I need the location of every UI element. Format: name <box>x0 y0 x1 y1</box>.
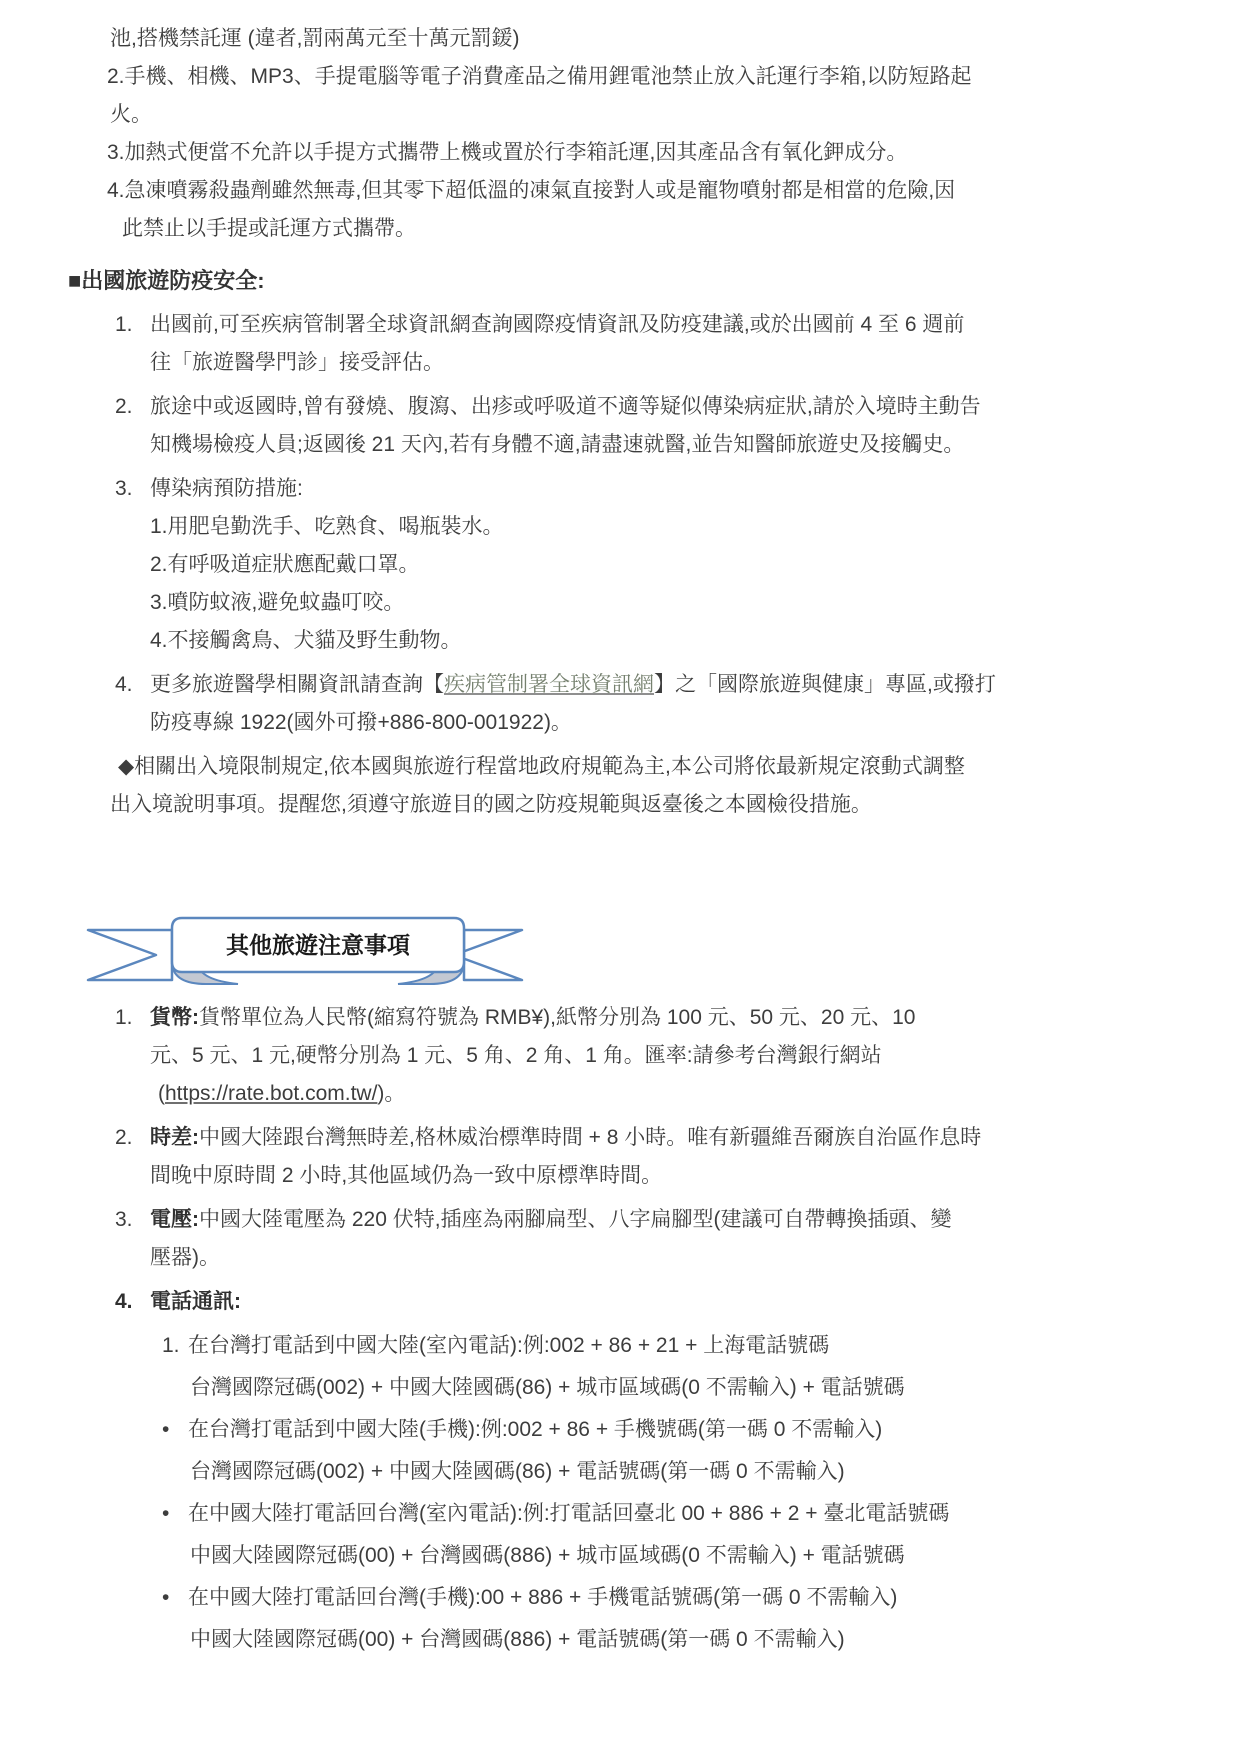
bullet-icon: • <box>162 1493 169 1535</box>
list-item-text-body: 中國大陸跟台灣無時差,格林威治標準時間 + 8 小時。唯有新疆維吾爾族自治區作息… <box>199 1126 981 1149</box>
list-item-text: 電話通訊: <box>150 1283 1241 1321</box>
list-item-text: 更多旅遊醫學相關資訊請查詢【疾病管制署全球資訊網】之「國際旅遊與健康」專區,或撥… <box>150 666 1241 704</box>
cdc-website-link[interactable]: 疾病管制署全球資訊網 <box>444 673 654 696</box>
phone-sub-text: 台灣國際冠碼(002) + 中國大陸國碼(86) + 電話號碼(第一碼 0 不需… <box>190 1451 1241 1493</box>
list-item-text: 傳染病預防措施: <box>150 470 1241 508</box>
list-item-number: 2. <box>115 388 133 426</box>
section-banner: 其他旅遊注意事項 <box>86 886 526 991</box>
list-item-text-pre: 更多旅遊醫學相關資訊請查詢【 <box>150 673 444 696</box>
border-restriction-note: 出入境說明事項。提醒您,須遵守旅遊目的國之防疫規範與返臺後之本國檢役措施。 <box>110 786 1241 824</box>
phone-sub-text: 在中國大陸打電話回台灣(手機):00 + 886 + 手機電話號碼(第一碼 0 … <box>188 1577 1241 1619</box>
list-item: 4. 更多旅遊醫學相關資訊請查詢【疾病管制署全球資訊網】之「國際旅遊與健康」專區… <box>0 666 1241 742</box>
list-item-text-post: 】之「國際旅遊與健康」專區,或撥打 <box>654 673 996 696</box>
list-item-text: (https://rate.bot.com.tw/)。 <box>158 1075 1241 1113</box>
list-item: 3. 電壓:中國大陸電壓為 220 伏特,插座為兩腳扁型、八字扁腳型(建議可自帶… <box>0 1201 1241 1277</box>
list-item-number: 1. <box>115 306 133 344</box>
list-item-text: 防疫專線 1922(國外可撥+886-800-001922)。 <box>150 704 1241 742</box>
list-item-number: 3. <box>115 470 133 508</box>
bullet-icon: • <box>162 1577 169 1619</box>
bank-rate-url-link[interactable]: https://rate.bot.com.tw/ <box>165 1082 377 1105</box>
list-item-lead: 貨幣: <box>150 1006 199 1029</box>
sub-measure-line: 1.用肥皂勤洗手、吃熟食、喝瓶裝水。 <box>150 508 1241 546</box>
list-item-text: 間晚中原時間 2 小時,其他區域仍為一致中原標準時間。 <box>150 1157 1241 1195</box>
bullet-icon: • <box>162 1409 169 1451</box>
baggage-note-line: 4.急凍噴霧殺蟲劑雖然無毒,但其零下超低溫的凍氣直接對人或是寵物噴射都是相當的危… <box>107 172 1241 210</box>
section-heading-epidemic-safety: ■出國旅遊防疫安全: <box>68 262 1241 300</box>
document-page: 池,搭機禁託運 (違者,罰兩萬元至十萬元罰鍰) 2.手機、相機、MP3、手提電腦… <box>0 0 1241 1755</box>
baggage-note-line: 火。 <box>110 96 1241 134</box>
phone-sub-item: • 在中國大陸打電話回台灣(手機):00 + 886 + 手機電話號碼(第一碼 … <box>0 1577 1241 1661</box>
list-item-text-body: 貨幣單位為人民幣(縮寫符號為 RMB¥),紙幣分別為 100 元、50 元、20… <box>199 1006 915 1029</box>
border-restriction-note: ◆相關出入境限制規定,依本國與旅遊行程當地政府規範為主,本公司將依最新規定滾動式… <box>118 748 1241 786</box>
list-item-number: 1. <box>115 999 133 1037</box>
phone-sub-text: 在台灣打電話到中國大陸(室內電話):例:002 + 86 + 21 + 上海電話… <box>188 1325 1241 1367</box>
list-item-text: 往「旅遊醫學門診」接受評估。 <box>150 344 1241 382</box>
list-item-number: 3. <box>115 1201 133 1239</box>
list-item: 2. 時差:中國大陸跟台灣無時差,格林威治標準時間 + 8 小時。唯有新疆維吾爾… <box>0 1119 1241 1195</box>
phone-sub-item: 1. 在台灣打電話到中國大陸(室內電話):例:002 + 86 + 21 + 上… <box>0 1325 1241 1409</box>
phone-sub-marker: 1. <box>162 1325 180 1367</box>
list-item-lead: 電話通訊: <box>150 1290 241 1313</box>
list-item-text: 元、5 元、1 元,硬幣分別為 1 元、5 角、2 角、1 角。匯率:請參考台灣… <box>150 1037 1241 1075</box>
paren-open: ( <box>158 1082 165 1105</box>
list-item-number: 2. <box>115 1119 133 1157</box>
phone-sub-text: 在中國大陸打電話回台灣(室內電話):例:打電話回臺北 00 + 886 + 2 … <box>188 1493 1241 1535</box>
phone-sub-text: 在台灣打電話到中國大陸(手機):例:002 + 86 + 手機號碼(第一碼 0 … <box>188 1409 1241 1451</box>
list-item-text: 知機場檢疫人員;返國後 21 天內,若有身體不適,請盡速就醫,並告知醫師旅遊史及… <box>150 426 1241 464</box>
list-item-text: 旅途中或返國時,曾有發燒、腹瀉、出疹或呼吸道不適等疑似傳染病症狀,請於入境時主動… <box>150 388 1241 426</box>
list-item: 3. 傳染病預防措施: <box>0 470 1241 508</box>
list-item: 2. 旅途中或返國時,曾有發燒、腹瀉、出疹或呼吸道不適等疑似傳染病症狀,請於入境… <box>0 388 1241 464</box>
list-item-text-body: 中國大陸電壓為 220 伏特,插座為兩腳扁型、八字扁腳型(建議可自帶轉換插頭、變 <box>199 1208 952 1231</box>
paren-close: )。 <box>377 1082 405 1105</box>
list-item: 1. 貨幣:貨幣單位為人民幣(縮寫符號為 RMB¥),紙幣分別為 100 元、5… <box>0 999 1241 1113</box>
baggage-note-line: 池,搭機禁託運 (違者,罰兩萬元至十萬元罰鍰) <box>110 20 1241 58</box>
list-item-number: 4. <box>115 1283 133 1321</box>
baggage-note-line: 2.手機、相機、MP3、手提電腦等電子消費產品之備用鋰電池禁止放入託運行李箱,以… <box>107 58 1241 96</box>
list-item: 4. 電話通訊: <box>0 1283 1241 1321</box>
list-item-lead: 時差: <box>150 1126 199 1149</box>
list-item-text: 時差:中國大陸跟台灣無時差,格林威治標準時間 + 8 小時。唯有新疆維吾爾族自治… <box>150 1119 1241 1157</box>
sub-measure-line: 4.不接觸禽鳥、犬貓及野生動物。 <box>150 622 1241 660</box>
list-item-text: 貨幣:貨幣單位為人民幣(縮寫符號為 RMB¥),紙幣分別為 100 元、50 元… <box>150 999 1241 1037</box>
baggage-note-line: 此禁止以手提或託運方式攜帶。 <box>122 210 1241 248</box>
phone-sub-text: 中國大陸國際冠碼(00) + 台灣國碼(886) + 電話號碼(第一碼 0 不需… <box>190 1619 1241 1661</box>
sub-measure-line: 2.有呼吸道症狀應配戴口罩。 <box>150 546 1241 584</box>
baggage-note-line: 3.加熱式便當不允許以手提方式攜帶上機或置於行李箱託運,因其產品含有氧化鉀成分。 <box>107 134 1241 172</box>
list-item-text: 電壓:中國大陸電壓為 220 伏特,插座為兩腳扁型、八字扁腳型(建議可自帶轉換插… <box>150 1201 1241 1239</box>
list-item-text: 出國前,可至疾病管制署全球資訊網查詢國際疫情資訊及防疫建議,或於出國前 4 至 … <box>150 306 1241 344</box>
phone-sub-item: • 在台灣打電話到中國大陸(手機):例:002 + 86 + 手機號碼(第一碼 … <box>0 1409 1241 1493</box>
sub-measure-line: 3.噴防蚊液,避免蚊蟲叮咬。 <box>150 584 1241 622</box>
ribbon-left-tail <box>88 930 172 980</box>
list-item-number: 4. <box>115 666 133 704</box>
phone-sub-text: 台灣國際冠碼(002) + 中國大陸國碼(86) + 城市區域碼(0 不需輸入)… <box>190 1367 1241 1409</box>
list-item-lead: 電壓: <box>150 1208 199 1231</box>
phone-sub-item: • 在中國大陸打電話回台灣(室內電話):例:打電話回臺北 00 + 886 + … <box>0 1493 1241 1577</box>
list-item: 1. 出國前,可至疾病管制署全球資訊網查詢國際疫情資訊及防疫建議,或於出國前 4… <box>0 306 1241 382</box>
list-item-text: 壓器)。 <box>150 1239 1241 1277</box>
phone-sub-text: 中國大陸國際冠碼(00) + 台灣國碼(886) + 城市區域碼(0 不需輸入)… <box>190 1535 1241 1577</box>
banner-title: 其他旅遊注意事項 <box>172 930 464 960</box>
